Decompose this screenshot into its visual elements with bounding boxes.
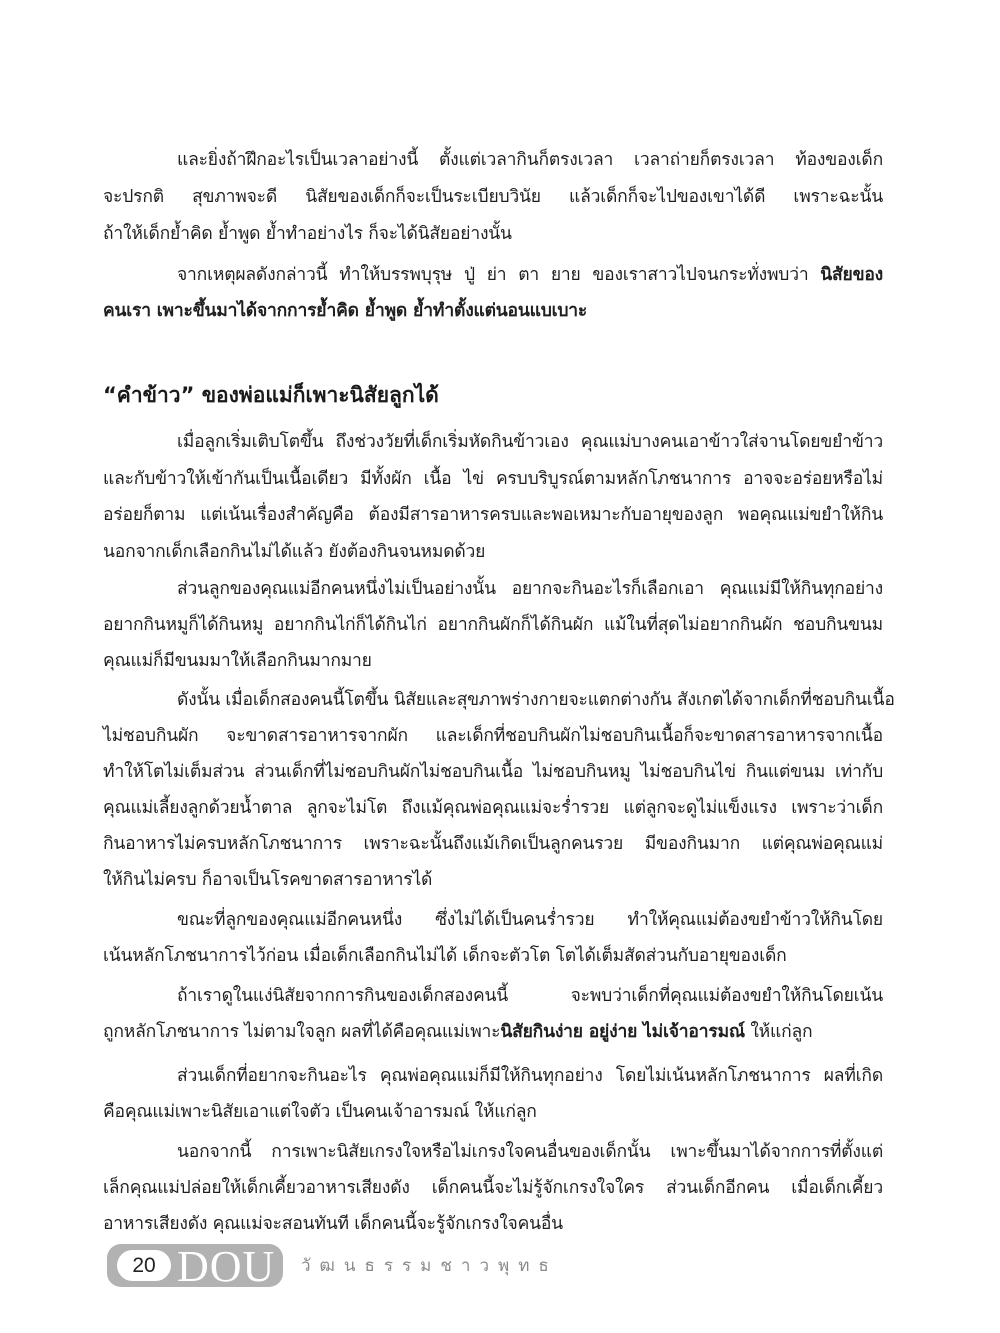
paragraph-line: จากเหตุผลดังกล่าวนี้ ทำให้บรรพบุรุษ ปู่ … bbox=[177, 260, 883, 290]
body-text: ให้แก่ลูก bbox=[745, 1022, 812, 1042]
paragraph-line: อยากกินหมูก็ได้กินหมู อยากกินไก่ก็ได้กิน… bbox=[103, 610, 883, 640]
paragraph-line: เน้นหลักโภชนาการไว้ก่อน เมื่อเด็กเลือกกิ… bbox=[103, 941, 883, 971]
paragraph-line: ให้กินไม่ครบ ก็อาจเป็นโรคขาดสารอาหารได้ bbox=[103, 865, 883, 895]
page-number: 20 bbox=[117, 1250, 171, 1281]
paragraph-line: และยิ่งถ้าฝึกอะไรเป็นเวลาอย่างนี้ ตั้งแต… bbox=[177, 145, 883, 175]
book-title: วัฒนธรรมชาวพุทธ bbox=[301, 1252, 558, 1279]
paragraph-line: จะปรกติ สุขภาพจะดี นิสัยของเด็กก็จะเป็นร… bbox=[103, 182, 883, 212]
paragraph-line: ทำให้โตไม่เต็มส่วน ส่วนเด็กที่ไม่ชอบกินผ… bbox=[103, 757, 883, 787]
paragraph-line: ไม่ชอบกินผัก จะขาดสารอาหารจากผัก และเด็ก… bbox=[103, 721, 883, 751]
paragraph-line: คือคุณแม่เพาะนิสัยเอาแต่ใจตัว เป็นคนเจ้า… bbox=[103, 1097, 883, 1127]
paragraph-line: อาหารเสียงดัง คุณแม่จะสอนทันที เด็กคนนี้… bbox=[103, 1209, 883, 1239]
paragraph-line: เล็กคุณแม่ปล่อยให้เด็กเคี้ยวอาหารเสียงดั… bbox=[103, 1173, 883, 1203]
body-text: ถูกหลักโภชนาการ ไม่ตามใจลูก ผลที่ได้คือค… bbox=[103, 1022, 500, 1042]
section-heading: “คำข้าว” ของพ่อแม่ก็เพาะนิสัยลูกได้ bbox=[103, 380, 439, 410]
footer-badge: 20 DOU bbox=[107, 1244, 283, 1287]
paragraph-line: ถ้าเราดูในแง่นิสัยจากการกินของเด็กสองคนน… bbox=[177, 981, 883, 1011]
page-footer: 20 DOU วัฒนธรรมชาวพุทธ bbox=[107, 1244, 558, 1287]
emphasis-text: นิสัยกินง่าย อยู่ง่าย ไม่เจ้าอารมณ์ bbox=[500, 1022, 745, 1042]
paragraph-line: ส่วนลูกของคุณแม่อีกคนหนึ่งไม่เป็นอย่างนั… bbox=[177, 574, 883, 604]
paragraph-line: นอกจากนี้ การเพาะนิสัยเกรงใจหรือไม่เกรงใ… bbox=[177, 1137, 883, 1167]
paragraph-line: คุณแม่ก็มีขนมมาให้เลือกกินมากมาย bbox=[103, 646, 883, 676]
paragraph-line: ถูกหลักโภชนาการ ไม่ตามใจลูก ผลที่ได้คือค… bbox=[103, 1017, 883, 1047]
paragraph-line: ถ้าให้เด็กย้ำคิด ย้ำพูด ย้ำทำอย่างไร ก็จ… bbox=[103, 219, 883, 249]
paragraph-line: เมื่อลูกเริ่มเติบโตขึ้น ถึงช่วงวัยที่เด็… bbox=[177, 427, 883, 457]
paragraph-line: นอกจากเด็กเลือกกินไม่ได้แล้ว ยังต้องกินจ… bbox=[103, 537, 883, 567]
dou-logo: DOU bbox=[177, 1244, 275, 1287]
emphasis-line: คนเรา เพาะขึ้นมาได้จากการย้ำคิด ย้ำพูด ย… bbox=[103, 296, 883, 326]
paragraph-line: ดังนั้น เมื่อเด็กสองคนนี้โตขึ้น นิสัยและ… bbox=[177, 685, 883, 715]
paragraph-line: อร่อยก็ตาม แต่เน้นเรื่องสำคัญคือ ต้องมีส… bbox=[103, 500, 883, 530]
emphasis-text: นิสัยของ bbox=[820, 265, 883, 285]
paragraph-line: ส่วนเด็กที่อยากจะกินอะไร คุณพ่อคุณแม่ก็ม… bbox=[177, 1061, 883, 1091]
paragraph-line: และกับข้าวให้เข้ากันเป็นเนื้อเดียว มีทั้… bbox=[103, 464, 883, 494]
paragraph-line: คุณแม่เลี้ยงลูกด้วยน้ำตาล ลูกจะไม่โต ถึง… bbox=[103, 793, 883, 823]
paragraph-line: ขณะที่ลูกของคุณแม่อีกคนหนึ่ง ซึ่งไม่ได้เ… bbox=[177, 905, 883, 935]
body-text: จากเหตุผลดังกล่าวนี้ ทำให้บรรพบุรุษ ปู่ … bbox=[177, 265, 820, 285]
paragraph-line: กินอาหารไม่ครบหลักโภชนาการ เพราะฉะนั้นถึ… bbox=[103, 829, 883, 859]
